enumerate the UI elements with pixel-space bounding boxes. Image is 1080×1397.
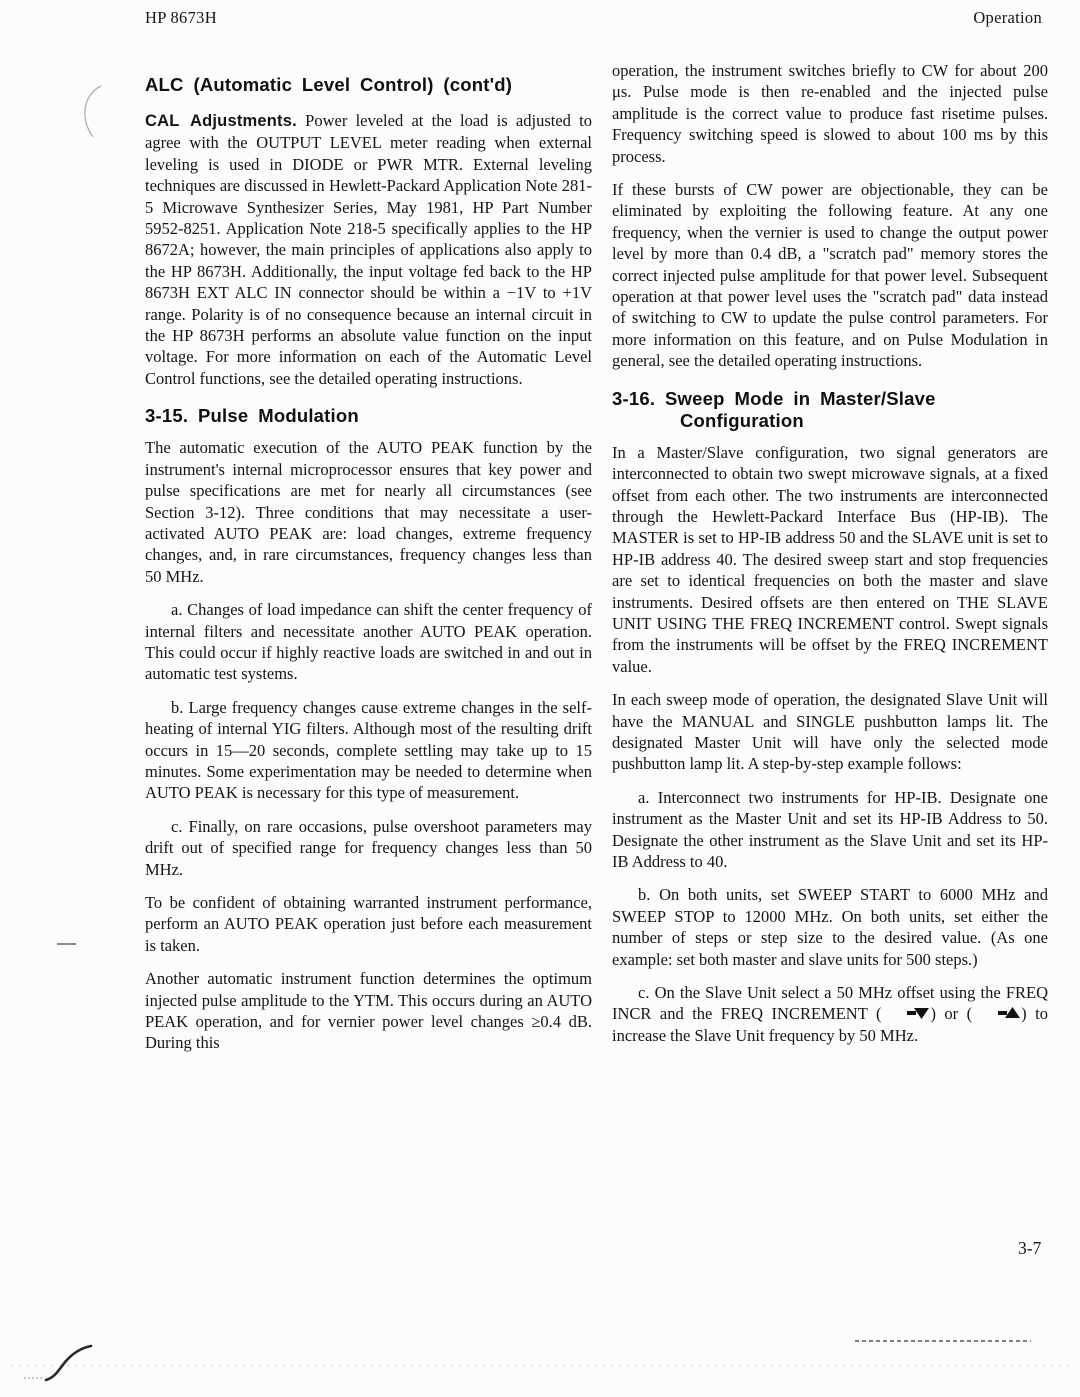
list-item-b-right: b. On both units, set SWEEP START to 600…: [612, 884, 1048, 970]
right-column: operation, the instrument switches brief…: [612, 60, 1048, 1058]
left-column: ALC (Automatic Level Control) (cont'd) C…: [145, 74, 592, 1066]
paragraph-master-slave: In a Master/Slave configuration, two sig…: [612, 442, 1048, 677]
heading-alc: ALC (Automatic Level Control) (cont'd): [145, 74, 592, 96]
list-item-c-left: c. Finally, on rare occasions, pulse ove…: [145, 816, 592, 880]
paragraph-bursts: If these bursts of CW power are objectio…: [612, 179, 1048, 372]
margin-dash-artifact: [57, 943, 76, 945]
paragraph-operation-cw: operation, the instrument switches brief…: [612, 60, 1048, 167]
heading-sweep-line1: 3-16. Sweep Mode in Master/Slave: [612, 388, 936, 409]
list-item-a-left: a. Changes of load impedance can shift t…: [145, 599, 592, 685]
item-c-text-mid: ) or (: [930, 1004, 972, 1023]
step-up-arrow-icon: [972, 1006, 1021, 1020]
list-item-a-right: a. Interconnect two instruments for HP-I…: [612, 787, 1048, 873]
step-down-arrow-icon: [881, 1006, 930, 1020]
page-header-model: HP 8673H: [145, 8, 217, 28]
list-item-c-right: c. On the Slave Unit select a 50 MHz off…: [612, 982, 1048, 1046]
paragraph-confident: To be confident of obtaining warranted i…: [145, 892, 592, 956]
cal-adjustments-text: Power leveled at the load is adjusted to…: [145, 111, 592, 388]
page-header-section: Operation: [973, 8, 1042, 28]
paragraph-auto-peak: The automatic execution of the AUTO PEAK…: [145, 437, 592, 587]
page-number: 3-7: [1018, 1238, 1041, 1259]
heading-sweep-mode: 3-16. Sweep Mode in Master/SlaveConfigur…: [612, 388, 1048, 432]
paragraph-cal-adjustments: CAL Adjustments. Power leveled at the lo…: [145, 110, 592, 389]
list-item-b-left: b. Large frequency changes cause extreme…: [145, 697, 592, 804]
cal-adjustments-runin-label: CAL Adjustments.: [145, 112, 297, 130]
paragraph-sweep-mode-lamps: In each sweep mode of operation, the des…: [612, 689, 1048, 775]
bottom-right-dashed-line: [855, 1340, 1031, 1342]
bottom-dotted-edge: [12, 1365, 1070, 1366]
heading-sweep-line2: Configuration: [612, 410, 804, 432]
paragraph-another-automatic: Another automatic instrument function de…: [145, 968, 592, 1054]
manual-page: HP 8673H Operation ALC (Automatic Level …: [0, 0, 1080, 1397]
heading-pulse-modulation: 3-15. Pulse Modulation: [145, 405, 592, 427]
